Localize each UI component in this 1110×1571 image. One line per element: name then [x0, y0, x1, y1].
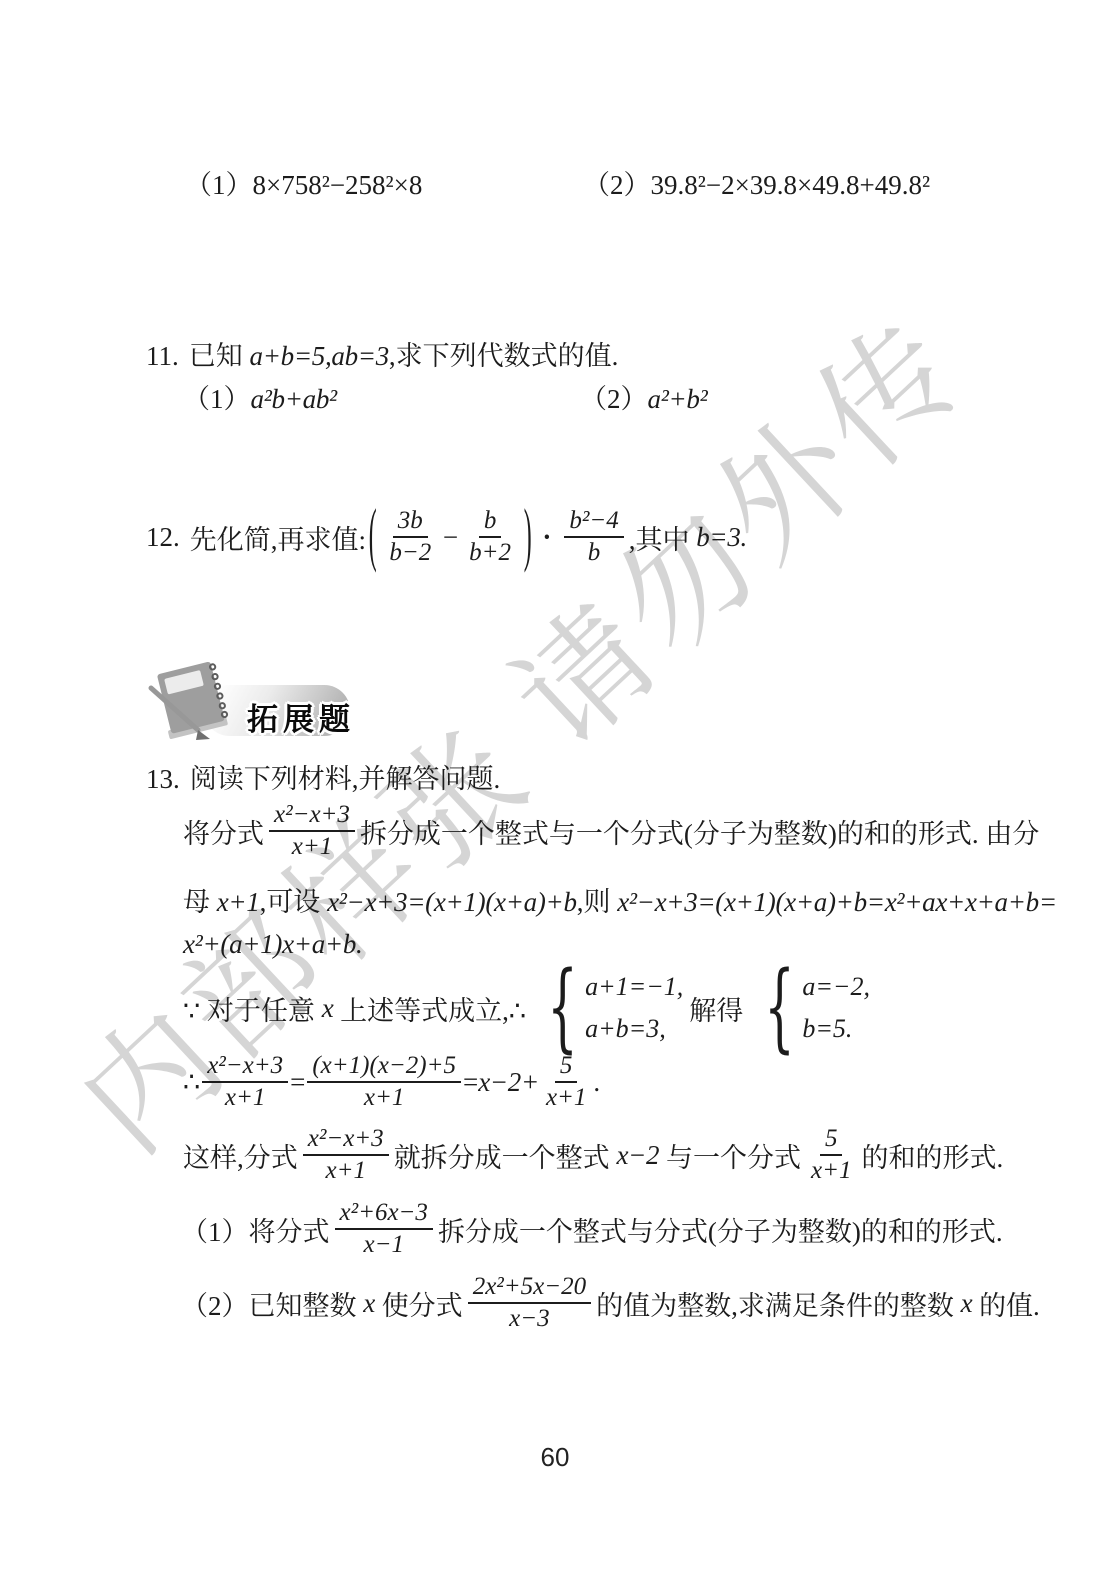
equals-sign: =: [290, 1067, 305, 1098]
fraction-denominator: b+2: [464, 538, 516, 569]
fraction-numerator: x²−x+3: [202, 1051, 288, 1084]
item-label: （1）: [185, 170, 253, 200]
problem13-heading: 13.阅读下列材料,并解答问题.: [146, 757, 500, 796]
problem10-item2: （2）39.8²−2×39.8×49.8+49.8²: [583, 163, 930, 202]
fraction: b²−4 b: [564, 506, 623, 569]
problem13-para1: 将分式 x²−x+3 x+1 拆分成一个整式与一个分式(分子为整数)的和的形式.…: [183, 792, 1039, 870]
fraction-numerator: b²−4: [564, 506, 623, 539]
fraction-denominator: x−3: [504, 1304, 554, 1335]
math-expression: x²+(a+1)x+a+b.: [183, 929, 362, 959]
equation-row: b=5.: [802, 1014, 870, 1044]
problem-number: 13.: [146, 764, 180, 794]
math-expression: x: [961, 1288, 973, 1319]
fraction-denominator: x+1: [320, 1156, 370, 1187]
fraction-denominator: b: [583, 538, 606, 569]
problem-text: ,求下列代数式的值.: [389, 341, 619, 371]
equals-sign: =: [463, 1067, 478, 1098]
page-number: 60: [0, 1442, 1110, 1473]
fraction-denominator: x+1: [806, 1156, 856, 1187]
fraction: 5 x+1: [541, 1051, 591, 1114]
body-text: 拆分成一个整式与分式(分子为整数)的和的形式.: [438, 1210, 1003, 1249]
left-paren: (: [369, 496, 377, 578]
math-expression: x−2: [616, 1140, 659, 1171]
workbook-page: 内部样张 请勿外传 （1）8×758²−258²×8 （2）39.8²−2×39…: [0, 0, 1110, 1571]
fraction: x²−x+3 x+1: [202, 1051, 288, 1114]
math-expression: a²b+ab²: [251, 384, 337, 414]
body-text: ∴: [183, 1067, 200, 1098]
problem10-item1: （1）8×758²−258²×8: [185, 163, 422, 202]
equation-row: a=−2,: [802, 972, 870, 1002]
math-expression: x²−x+3=(x+1)(x+a)+b: [327, 887, 577, 917]
problem13-para6: 这样,分式 x²−x+3 x+1 就拆分成一个整式 x−2 与一个分式 5 x+…: [183, 1116, 1003, 1194]
problem13-item2: （2） 已知整数 x 使分式 2x²+5x−20 x−3 的值为整数,求满足条件…: [181, 1262, 1040, 1344]
problem13-para2: 母 x+1,可设 x²−x+3=(x+1)(x+a)+b,则 x²−x+3=(x…: [183, 880, 1057, 919]
fraction-denominator: x+1: [287, 832, 337, 863]
fraction: 5 x+1: [806, 1124, 856, 1187]
fraction: b b+2: [464, 506, 516, 569]
fraction-denominator: x+1: [541, 1083, 591, 1114]
body-text: 拆分成一个整式与一个分式(分子为整数)的和的形式. 由分: [360, 812, 1039, 851]
body-text: 的值.: [972, 1284, 1040, 1323]
equation-row: a+b=3,: [585, 1014, 683, 1044]
minus-sign: −: [441, 522, 459, 553]
fraction-numerator: x²−x+3: [269, 800, 355, 833]
equation-row: a+1=−1,: [585, 972, 683, 1002]
problem12: 12. 先化简,再求值: ( 3b b−2 − b b+2 ) · b²−4 b…: [146, 494, 747, 580]
fraction: 3b b−2: [384, 506, 436, 569]
problem-number: 11.: [146, 341, 179, 371]
fraction-numerator: 3b: [393, 506, 428, 539]
problem13-item1: （1） 将分式 x²+6x−3 x−1 拆分成一个整式与分式(分子为整数)的和的…: [181, 1190, 1003, 1268]
equation-system: { a=−2, b=5.: [749, 967, 870, 1049]
body-text: 与一个分式: [659, 1136, 801, 1175]
fraction-numerator: b: [479, 506, 502, 539]
math-expression: x−2+: [478, 1067, 539, 1098]
problem11-item1: （1）a²b+ab²: [183, 377, 337, 416]
problem-text: ,其中: [629, 518, 697, 557]
math-expression: x+1: [217, 887, 260, 917]
body-text: ∵ 对于任意: [183, 989, 322, 1028]
problem13-para5: ∴ x²−x+3 x+1 = (x+1)(x−2)+5 x+1 = x−2+ 5…: [183, 1042, 600, 1122]
fraction: (x+1)(x−2)+5 x+1: [307, 1051, 461, 1114]
fraction: x²−x+3 x+1: [269, 800, 355, 863]
equation-system: { a+1=−1, a+b=3,: [532, 967, 683, 1049]
body-text: 将分式: [183, 812, 264, 851]
body-text: 使分式: [375, 1284, 463, 1323]
body-text: 已知整数: [249, 1284, 364, 1323]
problem-number: 12.: [146, 522, 180, 553]
fraction-denominator: x+1: [359, 1083, 409, 1114]
body-text: ,则: [577, 887, 618, 917]
fraction: x²+6x−3 x−1: [335, 1198, 433, 1261]
problem11-item2: （2）a²+b²: [580, 377, 707, 416]
fraction: x²−x+3 x+1: [303, 1124, 389, 1187]
left-brace: {: [547, 967, 578, 1049]
fraction: 2x²+5x−20 x−3: [468, 1272, 591, 1335]
notebook-pencil-icon: [146, 660, 244, 748]
body-text: 解得: [689, 989, 743, 1028]
fraction-denominator: b−2: [384, 538, 436, 569]
body-text: 母: [183, 887, 217, 917]
math-expression: b=3.: [696, 522, 747, 553]
fraction-numerator: (x+1)(x−2)+5: [307, 1051, 461, 1084]
fraction-numerator: 5: [820, 1124, 843, 1157]
fraction-numerator: 2x²+5x−20: [468, 1272, 591, 1305]
problem11-heading: 11.已知 a+b=5,ab=3,求下列代数式的值.: [146, 334, 618, 373]
math-expression: x²−x+3=(x+1)(x+a)+b=x²+ax+x+a+b=: [617, 887, 1057, 917]
fraction-denominator: x+1: [220, 1083, 270, 1114]
math-expression: x: [322, 993, 334, 1024]
body-text: 的和的形式.: [861, 1136, 1003, 1175]
math-expression: 8×758²−258²×8: [253, 170, 423, 200]
left-brace: {: [765, 967, 796, 1049]
math-expression: x: [363, 1288, 375, 1319]
fraction-numerator: x²−x+3: [303, 1124, 389, 1157]
item-label: （1）: [183, 384, 251, 414]
multiplication-dot: ·: [542, 522, 551, 553]
fraction-numerator: 5: [555, 1051, 578, 1084]
problem-text: 已知: [189, 341, 250, 371]
item-label: （2）: [583, 170, 651, 200]
item-label: （2）: [181, 1284, 249, 1323]
item-label: （2）: [580, 384, 648, 414]
item-label: （1）: [181, 1210, 249, 1249]
expansion-badge-label: 拓展题: [247, 694, 355, 739]
fraction-numerator: x²+6x−3: [335, 1198, 433, 1231]
math-expression: a+b=5,ab=3: [250, 341, 389, 371]
body-text: .: [593, 1067, 600, 1098]
body-text: 就拆分成一个整式: [394, 1136, 617, 1175]
problem-text: 先化简,再求值:: [190, 518, 366, 557]
math-expression: a²+b²: [648, 384, 708, 414]
body-text: 的值为整数,求满足条件的整数: [596, 1284, 961, 1323]
body-text: 这样,分式: [183, 1136, 298, 1175]
problem-text: 阅读下列材料,并解答问题.: [190, 764, 501, 794]
fraction-denominator: x−1: [358, 1230, 408, 1261]
body-text: 将分式: [249, 1210, 330, 1249]
math-expression: 39.8²−2×39.8×49.8+49.8²: [651, 170, 931, 200]
page-content: （1）8×758²−258²×8 （2）39.8²−2×39.8×49.8+49…: [0, 0, 1110, 1571]
body-text: ,可设: [260, 887, 328, 917]
body-text: 上述等式成立,∴: [333, 989, 526, 1028]
right-paren: ): [524, 496, 532, 578]
